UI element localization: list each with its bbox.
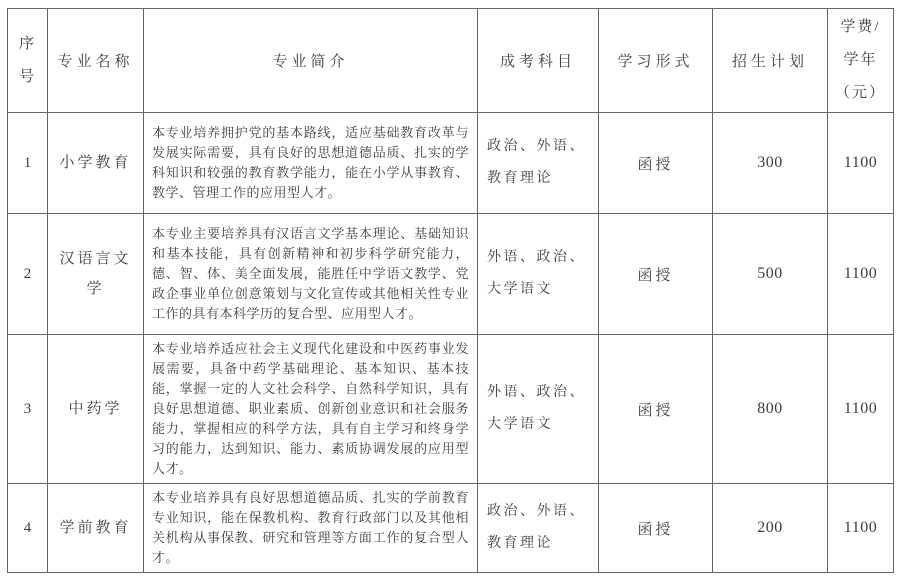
header-major-intro: 专业简介 (144, 9, 478, 113)
cell-serial-number: 1 (8, 113, 48, 214)
cell-major-intro: 本专业培养具有良好思想道德品质、扎实的学前教育专业知识，能在保教机构、教育行政部… (144, 484, 478, 573)
cell-major-intro: 本专业主要培养具有汉语言文学基本理论、基础知识和基本技能，具有创新精神和初步科学… (144, 214, 478, 335)
table-header-row: 序 号 专业名称 专业简介 成考科目 学习形式 招生计划 学费/ 学年 （元） (8, 9, 894, 113)
cell-exam-subjects: 政治、外语、 教育理论 (478, 113, 599, 214)
cell-serial-number: 2 (8, 214, 48, 335)
cell-enrollment-plan: 800 (713, 335, 828, 484)
cell-exam-subjects: 外语、政治、 大学语文 (478, 214, 599, 335)
table-row: 2 汉语言文学 本专业主要培养具有汉语言文学基本理论、基础知识和基本技能，具有创… (8, 214, 894, 335)
header-major-name: 专业名称 (48, 9, 144, 113)
cell-major-intro: 本专业培养适应社会主义现代化建设和中医药事业发展需要，具备中药学基础理论、基本知… (144, 335, 478, 484)
cell-tuition: 1100 (828, 214, 894, 335)
cell-major-name: 小学教育 (48, 113, 144, 214)
header-tuition: 学费/ 学年 （元） (828, 9, 894, 113)
cell-major-intro: 本专业培养拥护党的基本路线，适应基础教育改革与发展实际需要，具有良好的思想道德品… (144, 113, 478, 214)
table-row: 4 学前教育 本专业培养具有良好思想道德品质、扎实的学前教育专业知识，能在保教机… (8, 484, 894, 573)
cell-exam-subjects: 外语、政治、 大学语文 (478, 335, 599, 484)
cell-study-mode: 函授 (599, 214, 713, 335)
cell-serial-number: 3 (8, 335, 48, 484)
cell-study-mode: 函授 (599, 484, 713, 573)
table-row: 3 中药学 本专业培养适应社会主义现代化建设和中医药事业发展需要，具备中药学基础… (8, 335, 894, 484)
cell-tuition: 1100 (828, 484, 894, 573)
cell-major-name: 汉语言文学 (48, 214, 144, 335)
cell-enrollment-plan: 500 (713, 214, 828, 335)
cell-tuition: 1100 (828, 335, 894, 484)
cell-study-mode: 函授 (599, 113, 713, 214)
table-row: 1 小学教育 本专业培养拥护党的基本路线，适应基础教育改革与发展实际需要，具有良… (8, 113, 894, 214)
cell-major-name: 学前教育 (48, 484, 144, 573)
cell-tuition: 1100 (828, 113, 894, 214)
cell-study-mode: 函授 (599, 335, 713, 484)
header-exam-subjects: 成考科目 (478, 9, 599, 113)
cell-exam-subjects: 政治、外语、 教育理论 (478, 484, 599, 573)
header-enrollment-plan: 招生计划 (713, 9, 828, 113)
cell-enrollment-plan: 300 (713, 113, 828, 214)
page-body: 序 号 专业名称 专业简介 成考科目 学习形式 招生计划 学费/ 学年 （元） … (0, 0, 901, 577)
cell-enrollment-plan: 200 (713, 484, 828, 573)
cell-major-name: 中药学 (48, 335, 144, 484)
cell-serial-number: 4 (8, 484, 48, 573)
enrollment-plan-table: 序 号 专业名称 专业简介 成考科目 学习形式 招生计划 学费/ 学年 （元） … (7, 8, 894, 573)
header-serial-number: 序 号 (8, 9, 48, 113)
header-study-mode: 学习形式 (599, 9, 713, 113)
